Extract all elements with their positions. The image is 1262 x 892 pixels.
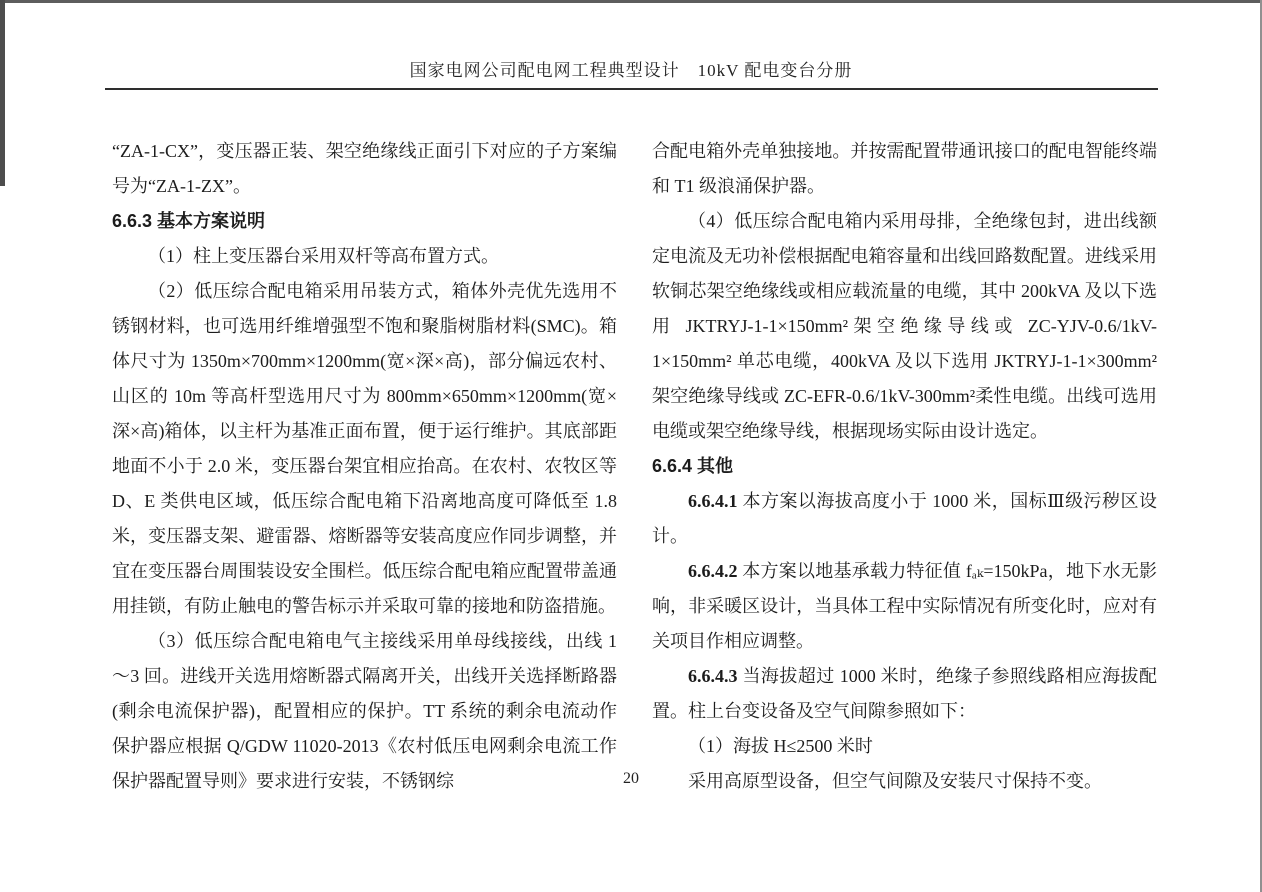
page-number: 20 <box>0 770 1262 788</box>
paragraph-text: “ZA-1-CX”，变压器正装、架空绝缘线正面引下对应的子方案编号为“ZA-1-… <box>112 141 617 196</box>
paragraph: （1）柱上变压器台采用双杆等高布置方式。 <box>112 239 617 274</box>
section-heading: 6.6.4 其他 <box>652 449 1157 484</box>
paragraph: 6.6.4.1 本方案以海拔高度小于 1000 米，国标Ⅲ级污秽区设计。 <box>652 484 1157 554</box>
right-column: 合配电箱外壳单独接地。并按需配置带通讯接口的配电智能终端和 T1 级浪涌保护器。… <box>652 134 1157 799</box>
paragraph: （2）低压综合配电箱采用吊装方式，箱体外壳优先选用不锈钢材料，也可选用纤维增强型… <box>112 274 617 624</box>
clause-number: 6.6.4.1 <box>688 491 742 511</box>
paragraph-text: （3）低压综合配电箱电气主接线采用单母线接线，出线 1～3 回。进线开关选用熔断… <box>112 631 617 791</box>
scan-edge-top <box>0 0 1262 3</box>
paragraph: 6.6.4.3 当海拔超过 1000 米时，绝缘子参照线路相应海拔配置。柱上台变… <box>652 659 1157 729</box>
heading-text: 6.6.3 基本方案说明 <box>112 211 265 231</box>
paragraph: 6.6.4.2 本方案以地基承载力特征值 fₐₖ=150kPa，地下水无影响，非… <box>652 554 1157 659</box>
section-heading: 6.6.3 基本方案说明 <box>112 204 617 239</box>
paragraph-text: （1）柱上变压器台采用双杆等高布置方式。 <box>148 246 499 266</box>
header-rule <box>105 88 1158 90</box>
page-body: “ZA-1-CX”，变压器正装、架空绝缘线正面引下对应的子方案编号为“ZA-1-… <box>112 134 1157 799</box>
paragraph: “ZA-1-CX”，变压器正装、架空绝缘线正面引下对应的子方案编号为“ZA-1-… <box>112 134 617 204</box>
paragraph-text: （1）海拔 H≤2500 米时 <box>688 736 873 756</box>
left-column: “ZA-1-CX”，变压器正装、架空绝缘线正面引下对应的子方案编号为“ZA-1-… <box>112 134 617 799</box>
paragraph-text: （2）低压综合配电箱采用吊装方式，箱体外壳优先选用不锈钢材料，也可选用纤维增强型… <box>112 281 617 616</box>
paragraph: （1）海拔 H≤2500 米时 <box>652 729 1157 764</box>
paragraph-text: 合配电箱外壳单独接地。并按需配置带通讯接口的配电智能终端和 T1 级浪涌保护器。 <box>652 141 1157 196</box>
clause-number: 6.6.4.2 <box>688 561 742 581</box>
scan-edge-left <box>0 0 5 186</box>
heading-text: 6.6.4 其他 <box>652 456 733 476</box>
clause-number: 6.6.4.3 <box>688 666 742 686</box>
paragraph: 合配电箱外壳单独接地。并按需配置带通讯接口的配电智能终端和 T1 级浪涌保护器。 <box>652 134 1157 204</box>
running-header-title: 国家电网公司配电网工程典型设计 10kV 配电变台分册 <box>104 56 1158 81</box>
paragraph-text: （4）低压综合配电箱内采用母排，全绝缘包封，进出线额定电流及无功补偿根据配电箱容… <box>652 211 1157 441</box>
paragraph: （4）低压综合配电箱内采用母排，全绝缘包封，进出线额定电流及无功补偿根据配电箱容… <box>652 204 1157 449</box>
